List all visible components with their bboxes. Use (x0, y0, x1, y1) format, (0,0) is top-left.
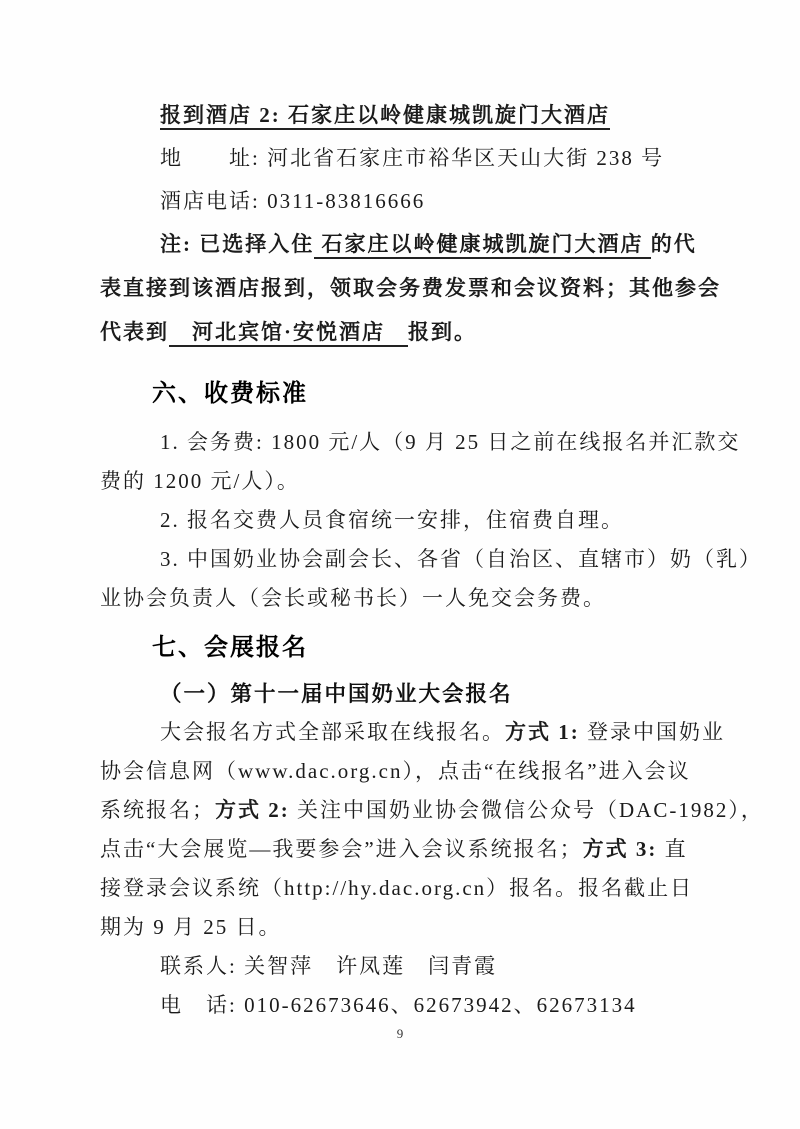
text-segment: 费的 1200 元/人）。 (100, 469, 300, 493)
text-line: 接登录会议系统（http://hy.dac.org.cn）报名。报名截止日 (100, 869, 712, 908)
fees-block: 1. 会务费: 1800 元/人（9 月 25 日之前在线报名并汇款交费的 12… (100, 423, 712, 618)
text-segment: 直 (665, 837, 688, 861)
note-paragraph: 注: 已选择入住 石家庄以岭健康城凯旋门大酒店 的代表直接到该酒店报到，领取会务… (100, 222, 712, 354)
text-segment: 系统报名； (100, 798, 215, 822)
text-line: 注: 已选择入住 石家庄以岭健康城凯旋门大酒店 的代 (100, 222, 712, 266)
text-line: 点击“大会展览—我要参会”进入会议系统报名；方式 3: 直 (100, 830, 712, 869)
text-segment: 地 址: 河北省石家庄市裕华区天山大街 238 号 (160, 146, 664, 170)
text-segment: 报到。 (408, 320, 477, 344)
text-segment: 期为 9 月 25 日。 (100, 915, 282, 939)
text-line: 联系人: 关智萍 许凤莲 闫青霞 (100, 947, 712, 986)
text-segment: 协会信息网（www.dac.org.cn），点击“在线报名”进入会议 (100, 759, 691, 783)
text-line: 3. 中国奶业协会副会长、各省（自治区、直辖市）奶（乳） (100, 540, 712, 579)
underlined-text: 河北宾馆·安悦酒店 (169, 320, 408, 347)
subsection-1-heading: （一）第十一届中国奶业大会报名 (160, 679, 513, 709)
text-line: 酒店电话: 0311-83816666 (100, 180, 712, 223)
text-segment: 2. 报名交费人员食宿统一安排，住宿费自理。 (160, 508, 624, 532)
text-segment: 大会报名方式全部采取在线报名。 (160, 720, 505, 744)
text-segment: 点击“大会展览—我要参会”进入会议系统报名； (100, 837, 583, 861)
text-line: 系统报名；方式 2: 关注中国奶业协会微信公众号（DAC-1982）， (100, 791, 712, 830)
text-line: 协会信息网（www.dac.org.cn），点击“在线报名”进入会议 (100, 752, 712, 791)
text-segment: 关注中国奶业协会微信公众号（DAC-1982）， (297, 798, 764, 822)
section-7-heading: 七、会展报名 (152, 633, 308, 663)
text-line: 业协会负责人（会长或秘书长）一人免交会务费。 (100, 579, 712, 618)
text-segment: 代表到 (100, 320, 169, 344)
text-line: 期为 9 月 25 日。 (100, 908, 712, 947)
text-segment: 登录中国奶业 (587, 720, 725, 744)
text-segment: 电 话: 010-62673646、62673942、62673134 (160, 993, 637, 1017)
page-number: 9 (0, 1026, 800, 1042)
registration-block: 大会报名方式全部采取在线报名。方式 1: 登录中国奶业协会信息网（www.dac… (100, 713, 712, 1025)
text-line: 大会报名方式全部采取在线报名。方式 1: 登录中国奶业 (100, 713, 712, 752)
hotel-info-block: 报到酒店 2: 石家庄以岭健康城凯旋门大酒店地 址: 河北省石家庄市裕华区天山大… (100, 94, 712, 223)
text-segment: 方式 2: (215, 798, 297, 822)
text-segment: 表直接到该酒店报到，领取会务费发票和会议资料；其他参会 (100, 276, 721, 300)
text-line: 1. 会务费: 1800 元/人（9 月 25 日之前在线报名并汇款交 (100, 423, 712, 462)
text-segment: 酒店电话: 0311-83816666 (160, 189, 425, 213)
text-line: 费的 1200 元/人）。 (100, 462, 712, 501)
text-segment: 方式 3: (583, 837, 665, 861)
text-segment: 方式 1: (505, 720, 587, 744)
underlined-text: 报到酒店 2: 石家庄以岭健康城凯旋门大酒店 (160, 103, 610, 130)
text-segment: 联系人: 关智萍 许凤莲 闫青霞 (160, 954, 497, 978)
document-page: 报到酒店 2: 石家庄以岭健康城凯旋门大酒店地 址: 河北省石家庄市裕华区天山大… (0, 0, 800, 1129)
text-segment: 业协会负责人（会长或秘书长）一人免交会务费。 (100, 586, 606, 610)
text-line: 表直接到该酒店报到，领取会务费发票和会议资料；其他参会 (100, 266, 712, 310)
text-segment: 1. 会务费: 1800 元/人（9 月 25 日之前在线报名并汇款交 (160, 430, 740, 454)
text-line: 报到酒店 2: 石家庄以岭健康城凯旋门大酒店 (100, 94, 712, 137)
text-segment: 3. 中国奶业协会副会长、各省（自治区、直辖市）奶（乳） (160, 547, 762, 571)
text-line: 代表到 河北宾馆·安悦酒店 报到。 (100, 310, 712, 354)
text-segment: 接登录会议系统（http://hy.dac.org.cn）报名。报名截止日 (100, 876, 693, 900)
text-line: 2. 报名交费人员食宿统一安排，住宿费自理。 (100, 501, 712, 540)
text-line: 电 话: 010-62673646、62673942、62673134 (100, 986, 712, 1025)
section-6-heading: 六、收费标准 (152, 379, 308, 409)
text-line: 地 址: 河北省石家庄市裕华区天山大街 238 号 (100, 137, 712, 180)
text-segment: 注: 已选择入住 (160, 232, 314, 256)
underlined-text: 石家庄以岭健康城凯旋门大酒店 (314, 232, 651, 259)
text-segment: 的代 (651, 232, 697, 256)
